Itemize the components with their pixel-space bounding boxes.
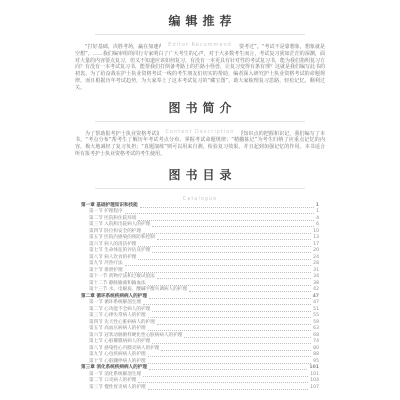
toc-dotted-leader	[148, 389, 309, 390]
toc-dotted-leader	[143, 376, 308, 377]
toc-dotted-leader	[157, 239, 311, 240]
toc-dotted-leader	[148, 330, 312, 331]
toc-dotted-leader	[149, 369, 307, 370]
toc-dotted-leader	[148, 363, 312, 364]
divider-line	[95, 188, 305, 189]
toc-dotted-leader	[125, 272, 312, 273]
toc-entry-label: 第三节 慢性胃炎病人的护理	[89, 385, 146, 392]
toc-dotted-leader	[152, 311, 311, 312]
section-header-editor-recommend: 编辑推荐 Editor Recommend	[0, 14, 400, 38]
divider-line	[95, 34, 305, 35]
toc-dotted-leader	[161, 350, 311, 351]
section-subtitle-divider: Editor Recommend	[95, 31, 305, 38]
toc-dotted-leader	[143, 304, 311, 305]
toc-dotted-leader	[148, 317, 312, 318]
toc-dotted-leader	[138, 220, 314, 221]
toc-dotted-leader	[189, 291, 311, 292]
section-title: 编辑推荐	[0, 14, 400, 28]
toc-dotted-leader	[125, 213, 314, 214]
section-subtitle-divider: Content Description	[95, 118, 305, 125]
toc-dotted-leader	[157, 324, 311, 325]
section-title: 图书目录	[0, 168, 400, 182]
section-subtitle: Catalogue	[176, 196, 224, 203]
section-subtitle: Content Description	[159, 129, 242, 136]
toc-dotted-leader	[138, 259, 311, 260]
table-of-contents: 第一章 基础护理知识和技能 1 第一节 护理程序 1 第二节 医院和住院环境 4…	[81, 203, 319, 392]
section-header-book-intro: 图书简介 Content Description	[0, 101, 400, 125]
toc-dotted-leader	[125, 265, 312, 266]
toc-page-number: 107	[310, 385, 319, 392]
section-title: 图书简介	[0, 101, 400, 115]
book-detail-page: 编辑推荐 Editor Recommend “打好基础，决胜考场，赢在加速奔跑的…	[0, 0, 400, 400]
toc-dotted-leader	[143, 233, 311, 234]
toc-dotted-leader	[157, 278, 311, 279]
section-header-catalogue: 图书目录 Catalogue	[0, 168, 400, 192]
toc-row: 第三节 慢性胃炎病人的护理 107	[81, 385, 319, 392]
toc-dotted-leader	[184, 337, 311, 338]
toc-dotted-leader	[148, 356, 312, 357]
toc-dotted-leader	[140, 207, 314, 208]
section-subtitle-divider: Catalogue	[95, 185, 305, 192]
toc-dotted-leader	[152, 343, 311, 344]
toc-dotted-leader	[138, 246, 311, 247]
section-subtitle: Editor Recommend	[161, 42, 239, 49]
toc-dotted-leader	[152, 252, 311, 253]
editor-recommend-paragraph: “打好基础，决胜考场，赢在加速奔跑的起跑线下来，认清自我，一定要考过”。“考试不…	[75, 44, 325, 92]
toc-dotted-leader	[152, 226, 314, 227]
toc-dotted-leader	[149, 298, 311, 299]
divider-line	[95, 121, 305, 122]
toc-dotted-leader	[138, 382, 308, 383]
toc-dotted-leader	[148, 285, 312, 286]
